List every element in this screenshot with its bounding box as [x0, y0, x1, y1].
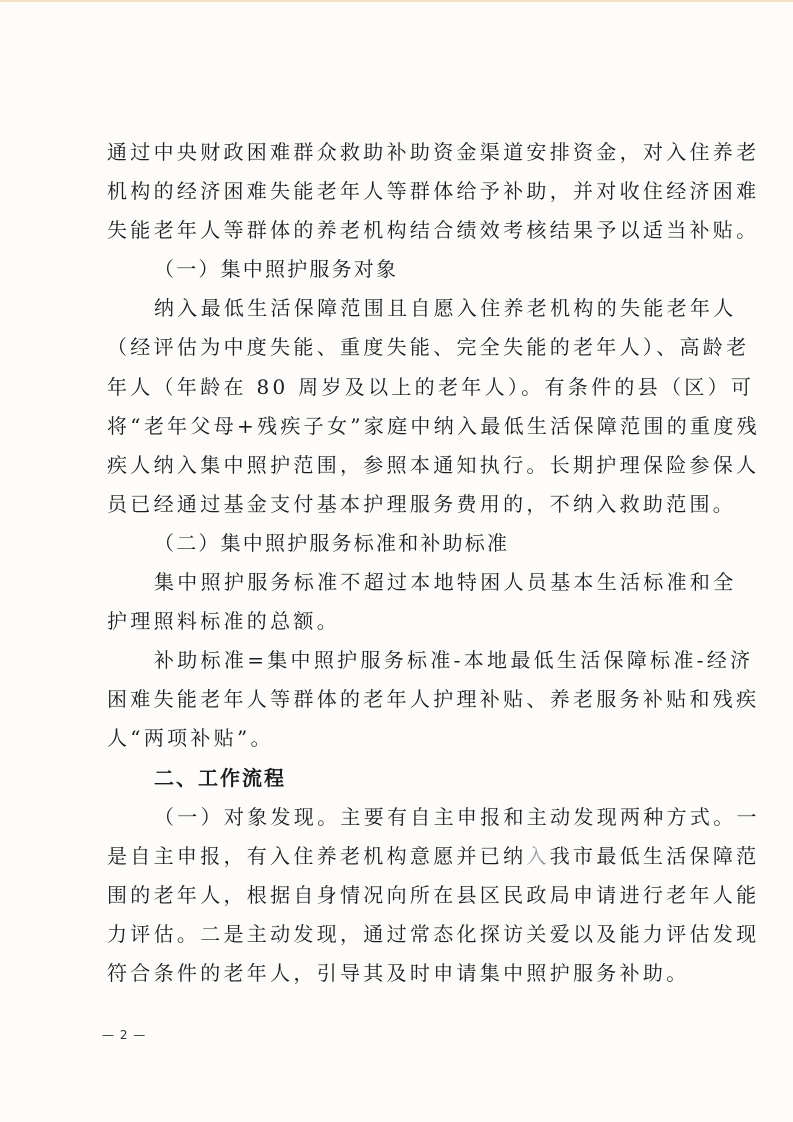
subheading-service-standards: （二）集中照护服务标准和补助标准	[107, 524, 697, 563]
heading-workflow: 二、工作流程	[107, 759, 697, 798]
paragraph-line: 将“老年父母+残疾子女”家庭中纳入最低生活保障范围的重度残	[107, 407, 697, 446]
subheading-service-targets: （一）集中照护服务对象	[107, 250, 697, 289]
paragraph-line: 失能老年人等群体的养老机构结合绩效考核结果予以适当补贴。	[107, 211, 697, 250]
paragraph-line: （经评估为中度失能、重度失能、完全失能的老年人）、高龄老	[107, 328, 697, 367]
paragraph-line: 员已经通过基金支付基本护理服务费用的，不纳入救助范围。	[107, 485, 697, 524]
paragraph-line: 年人（年龄在 80 周岁及以上的老年人）。有条件的县（区）可	[107, 368, 697, 407]
paragraph-line: 困难失能老年人等群体的老年人护理补贴、养老服务补贴和残疾	[107, 680, 697, 719]
faint-character: 入	[526, 844, 549, 868]
line-segment: 是自主申报，有入住养老机构意愿并已纳	[107, 844, 526, 868]
page-number: — 2 —	[102, 1028, 146, 1042]
paragraph-line: 机构的经济困难失能老年人等群体给予补助，并对收住经济困难	[107, 172, 697, 211]
scan-top-edge	[0, 0, 793, 2]
paragraph-line: 纳入最低生活保障范围且自愿入住养老机构的失能老年人	[107, 289, 697, 328]
document-body: 通过中央财政困难群众救助补助资金渠道安排资金，对入住养老 机构的经济困难失能老年…	[107, 133, 697, 993]
paragraph-line: 是自主申报，有入住养老机构意愿并已纳入我市最低生活保障范	[107, 837, 697, 876]
paragraph-line: 疾人纳入集中照护范围，参照本通知执行。长期护理保险参保人	[107, 446, 697, 485]
paragraph-line: 力评估。二是主动发现，通过常态化探访关爱以及能力评估发现	[107, 915, 697, 954]
paragraph-line: 护理照料标准的总额。	[107, 602, 697, 641]
paragraph-line: 集中照护服务标准不超过本地特困人员基本生活标准和全	[107, 563, 697, 602]
paragraph-line: 通过中央财政困难群众救助补助资金渠道安排资金，对入住养老	[107, 133, 697, 172]
paragraph-line: 围的老年人，根据自身情况向所在县区民政局申请进行老年人能	[107, 876, 697, 915]
paragraph-line: 人“两项补贴”。	[107, 719, 697, 758]
paragraph-line: （一）对象发现。主要有自主申报和主动发现两种方式。一	[107, 798, 697, 837]
line-segment: 我市最低生活保障范	[550, 844, 760, 868]
paragraph-line: 符合条件的老年人，引导其及时申请集中照护服务补助。	[107, 954, 697, 993]
paragraph-line: 补助标准=集中照护服务标准-本地最低生活保障标准-经济	[107, 641, 697, 680]
